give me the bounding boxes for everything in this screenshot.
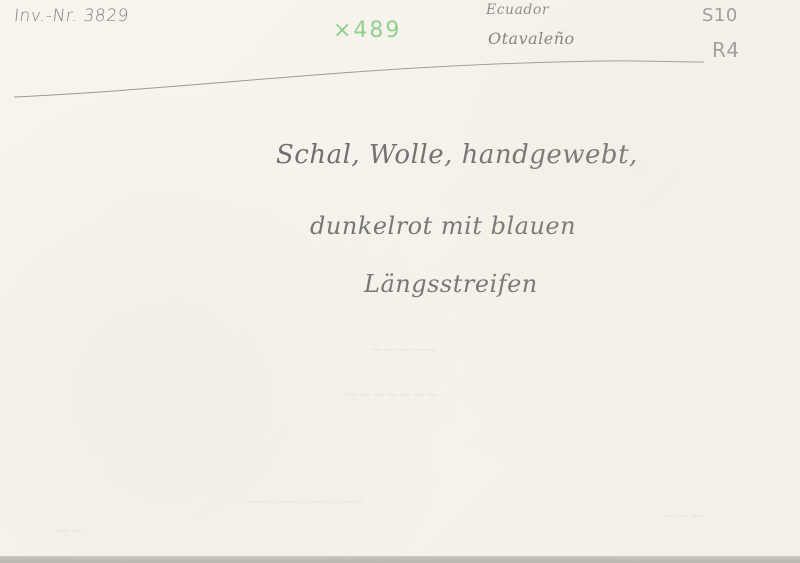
show-through-mark: ~~~~~~~: [345, 385, 439, 404]
show-through-mark: ~~: [55, 520, 85, 541]
show-through-mark: ~~~~~: [370, 340, 437, 359]
index-card: Inv.-Nr. 3829 ×489 Ecuador Otavaleño S10…: [0, 0, 800, 556]
inventory-number: Inv.-Nr. 3829: [13, 6, 130, 26]
description-line-1: Schal, Wolle, handgewebt,: [276, 140, 638, 170]
scan-bottom-edge: [0, 556, 800, 563]
pencil-divider-line: [14, 60, 704, 100]
description-line-2: dunkelrot mit blauen: [310, 212, 576, 240]
shelf-mark-r: R4: [712, 38, 740, 62]
shelf-mark-s: S10: [702, 5, 738, 26]
catalog-mark-green: ×489: [333, 18, 401, 43]
description-line-3: Längsstreifen: [364, 270, 538, 298]
country-label: Ecuador: [486, 2, 549, 18]
ethnic-group-label: Otavaleño: [488, 29, 575, 48]
show-through-mark: ~~~: [660, 505, 705, 526]
show-through-mark: ~~~~~~~~~~~: [245, 495, 365, 510]
